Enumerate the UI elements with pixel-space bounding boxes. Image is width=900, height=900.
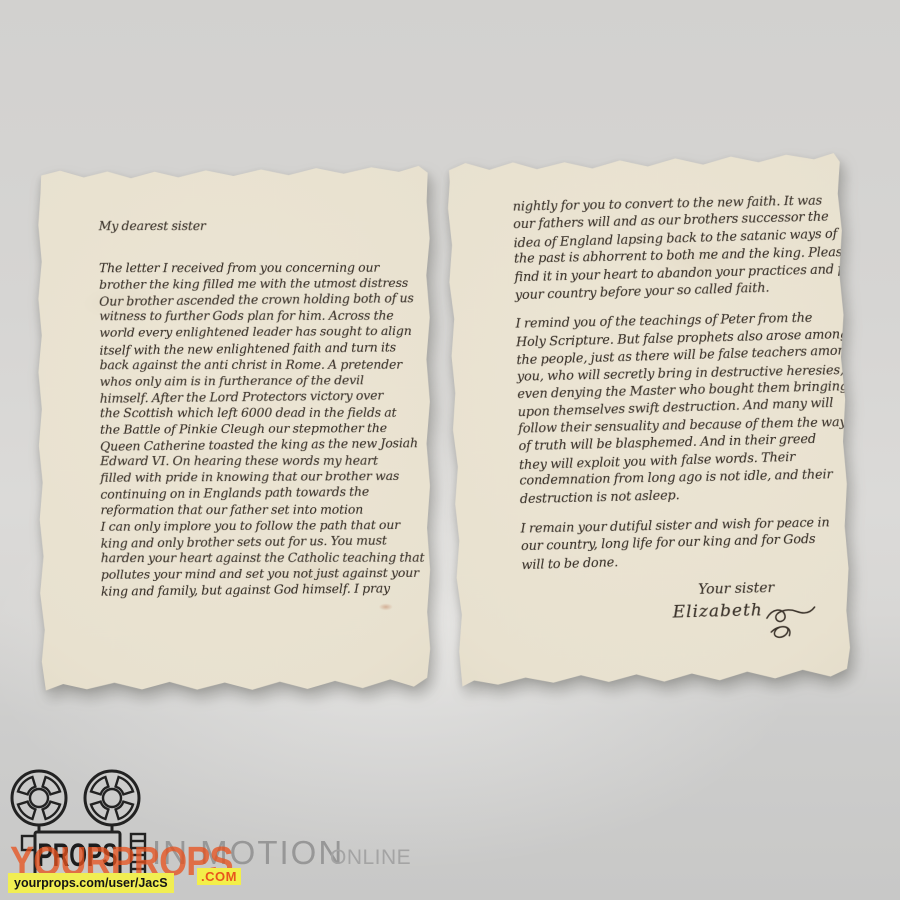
handwritten-line: itself with the new enlightened faith an… [99,339,419,359]
letter-paragraph-2: I remind you of the teachings of Peter f… [515,309,840,508]
salutation-line: My dearest sister [99,218,419,235]
watermark: PROPS IN MOTION ONLINE YOURPROPS .COM yo… [0,760,440,900]
signature-name: Elizabeth [673,602,764,622]
handwritten-line: king and family, but against God himself… [101,580,421,600]
handwritten-line: Edward VI. On hearing these words my hea… [100,453,420,470]
handwritten-line: himself. After the Lord Protectors victo… [100,387,420,407]
photo-of-prop-letters: My dearest sister The letter I received … [0,0,900,900]
paper-sheet-2: nightly for you to convert to the new fa… [446,151,855,689]
letter-paragraph-3: I remain your dutiful sister and wish fo… [520,513,841,573]
letter-page-1: My dearest sister The letter I received … [36,165,433,693]
handwritten-line: the Scottish which left 6000 dead in the… [100,405,420,422]
handwritten-line: continuing on in Englands path towards t… [100,483,420,503]
film-reel-icon [12,771,66,825]
letter-page-2-text: nightly for you to convert to the new fa… [513,191,844,651]
handwritten-line: witness to further Gods plan for him. Ac… [99,308,419,325]
handwritten-line: The letter I received from you concernin… [99,260,419,277]
signature: Elizabeth [673,600,844,648]
letter-page-2: nightly for you to convert to the new fa… [446,151,855,689]
logo-online-label: ONLINE [330,846,411,870]
signature-flourish-icon [765,603,818,646]
yourprops-com-badge: .COM [197,868,241,885]
handwritten-line: back against the anti christ in Rome. A … [100,356,420,373]
handwritten-line: king and only brother sets out for us. Y… [101,532,421,552]
letter-page-1-body: The letter I received from you concernin… [99,259,421,599]
paper-sheet-1: My dearest sister The letter I received … [36,165,433,693]
user-profile-url: yourprops.com/user/JacS [8,873,174,893]
handwritten-line: reformation that our father set into mot… [100,501,420,518]
film-reel-icon [85,771,139,825]
letter-paragraph-1: nightly for you to convert to the new fa… [513,191,835,303]
letter-page-1-text: My dearest sister The letter I received … [99,217,421,599]
handwritten-line: harden your heart against the Catholic t… [101,549,421,566]
closing-line: Your sister [698,578,842,599]
